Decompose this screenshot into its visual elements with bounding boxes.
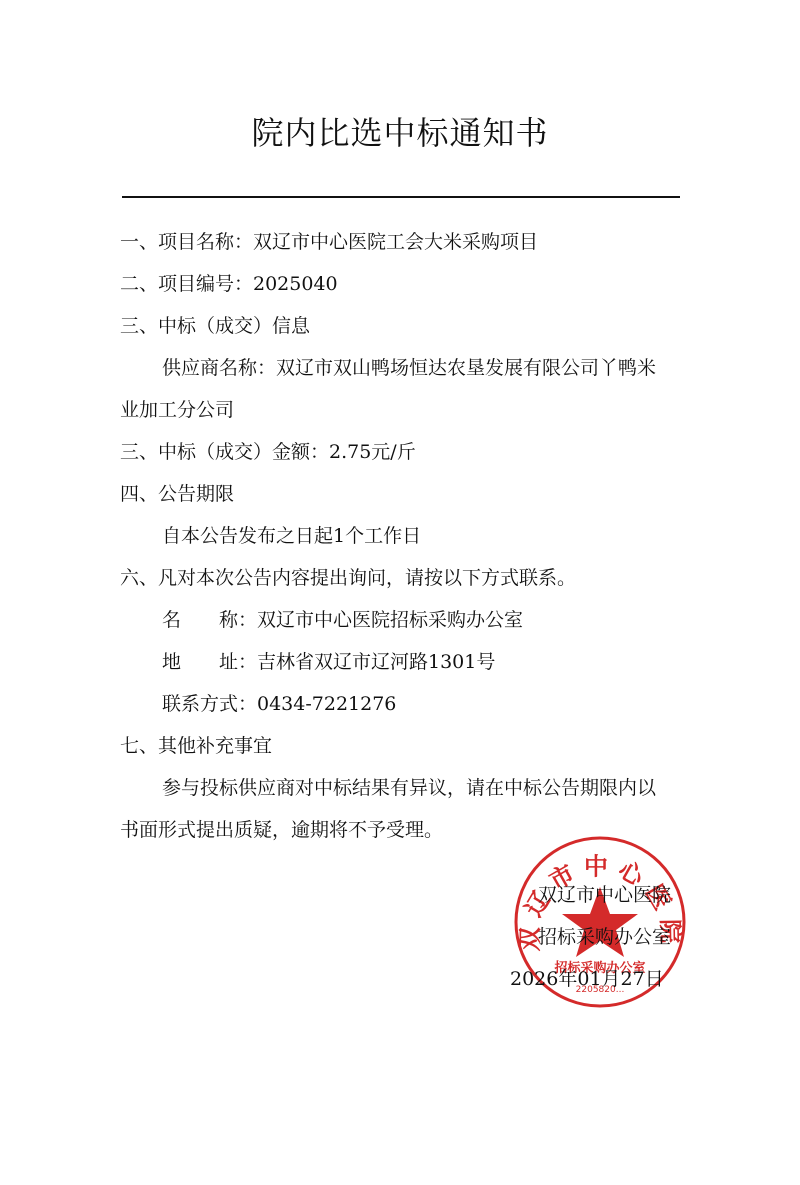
supplier-name: 供应商名称：双辽市双山鸭场恒达农垦发展有限公司丫鸭米 (162, 356, 656, 380)
signature-date: 2026年01月27日 (510, 964, 664, 991)
item-notice-period-heading: 四、公告期限 (120, 482, 234, 506)
title-divider (122, 196, 680, 198)
contact-name: 名 称：双辽市中心医院招标采购办公室 (162, 608, 523, 632)
objection-text: 参与投标供应商对中标结果有异议，请在中标公告期限内以 (162, 776, 656, 800)
notice-period: 自本公告发布之日起1个工作日 (162, 524, 421, 548)
signature-org-line1: 双辽市中心医院 (538, 880, 671, 907)
objection-text-cont: 书面形式提出质疑，逾期将不予受理。 (120, 818, 443, 842)
item-award-info-heading: 三、中标（成交）信息 (120, 314, 310, 338)
contact-phone: 联系方式：0434-7221276 (162, 692, 396, 716)
contact-address: 地 址：吉林省双辽市辽河路1301号 (162, 650, 495, 674)
signature-org-line2: 招标采购办公室 (538, 922, 671, 949)
item-award-amount: 三、中标（成交）金额：2.75元/斤 (120, 440, 416, 464)
item-other-heading: 七、其他补充事宜 (120, 734, 272, 758)
supplier-name-cont: 业加工分公司 (120, 398, 234, 422)
item-project-number: 二、项目编号：2025040 (120, 272, 338, 296)
item-contact-heading: 六、凡对本次公告内容提出询问，请按以下方式联系。 (120, 566, 576, 590)
item-project-name: 一、项目名称：双辽市中心医院工会大米采购项目 (120, 230, 538, 254)
document-title: 院内比选中标通知书 (0, 108, 800, 154)
